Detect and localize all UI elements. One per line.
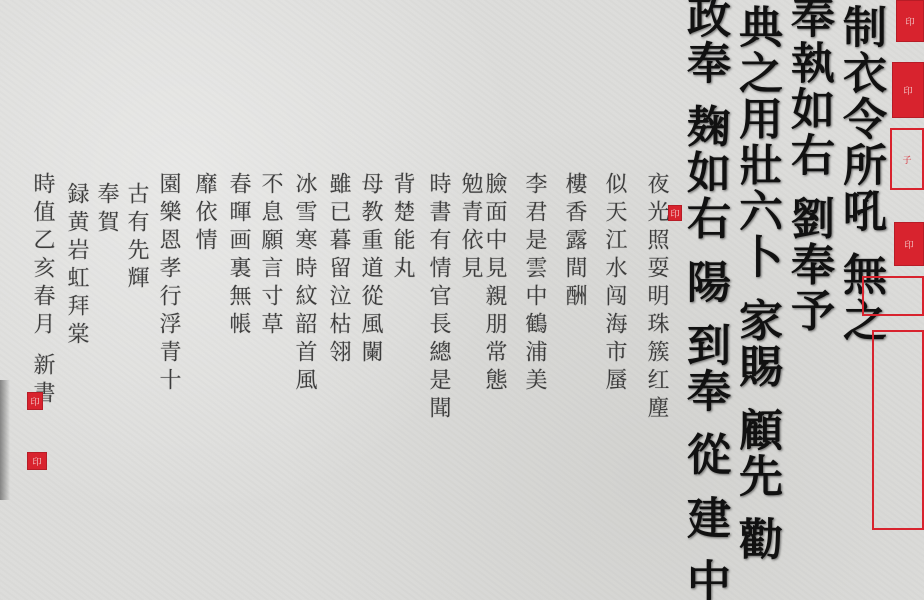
calligraphy-column: 臉面中見親朋常態 — [483, 172, 505, 396]
calligraphy-column: 樓香露間酬 — [563, 172, 585, 312]
calligraphy-column: 李君是雲中鶴浦美 — [523, 172, 545, 396]
red-seal-stamp: 印 — [896, 0, 924, 42]
red-seal-stamp: 印 — [892, 62, 924, 118]
bold-calligraphy-column: 政奉 麹如右 陽 到奉 從 建 中 — [682, 0, 726, 600]
calligraphy-column: 春暉画裏無帳 — [227, 172, 249, 340]
red-seal-stamp: 印 — [27, 452, 47, 470]
red-seal-stamp: 子 — [890, 128, 924, 190]
calligraphy-column: 古有先輝 — [125, 182, 147, 294]
calligraphy-column: 時值乙亥春月 新書 — [31, 172, 53, 409]
red-seal-stamp: 印 — [894, 222, 924, 266]
calligraphy-column: 園樂恩孝行浮青十 — [157, 172, 179, 396]
calligraphy-column: 雖已暮留泣枯翎 — [327, 172, 349, 368]
red-seal-stamp — [862, 276, 924, 316]
calligraphy-column: 不息願言寸草 — [259, 172, 281, 340]
bold-calligraphy-column: 典之用壯六卜 家賜 顧先 勸 — [734, 4, 778, 562]
red-seal-stamp — [872, 330, 924, 530]
calligraphy-column: 勉青依見 — [459, 172, 481, 284]
calligraphy-column: 録黄岩虹拜棠 — [65, 182, 87, 350]
calligraphy-column: 背楚能丸 — [391, 172, 413, 284]
calligraphy-column: 靡依情 — [193, 172, 215, 256]
calligraphy-column: 似天江水闯海市蜃 — [603, 172, 625, 396]
calligraphy-column: 母教重道從風闌 — [359, 172, 381, 368]
bold-calligraphy-column: 奉執如右 劉奉予 — [786, 0, 830, 333]
red-seal-stamp: 印 — [27, 392, 43, 410]
calligraphy-column: 夜光照耍明珠簇红塵 — [645, 172, 667, 424]
red-seal-stamp: 印 — [668, 205, 682, 221]
calligraphy-column: 冰雪寒時紋韶首風 — [293, 172, 315, 396]
calligraphy-column: 時書有情官長總是聞 — [427, 172, 449, 424]
calligraphy-column: 奉賀 — [95, 182, 117, 238]
ink-edge-stroke — [0, 380, 10, 500]
